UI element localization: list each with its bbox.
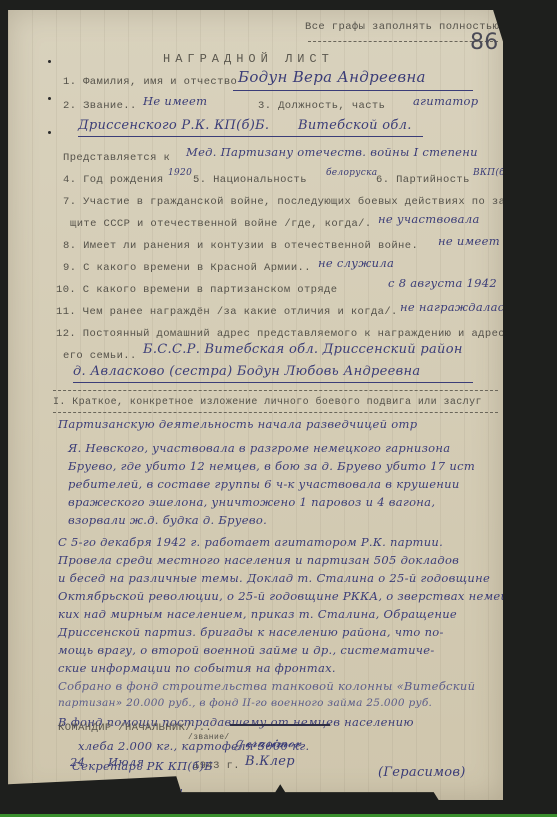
- field-2-value: Не имеет: [143, 94, 207, 108]
- narrative-line: ребителей, в составе группы 6 ч-к участв…: [68, 477, 460, 491]
- award-sheet-paper: Все графы заполнять полностью. 86 НАГРАД…: [8, 10, 503, 800]
- field-1-value: Бодун Вера Андреевна: [238, 68, 426, 86]
- field-7-label-line2: щите СССР и отечественной войне /где, ко…: [70, 218, 372, 230]
- field-5-value: белоруска: [326, 168, 377, 178]
- page-title: НАГРАДНОЙ ЛИСТ: [163, 52, 334, 66]
- field-7-label-line1: 7. Участие в гражданской войне, последую…: [63, 196, 512, 208]
- field-1-label: 1. Фамилия, имя и отчество: [63, 76, 237, 88]
- section-divider-top: [53, 390, 498, 391]
- field-3-underline: [78, 136, 423, 137]
- narrative-line: Дриссенской партиз. бригады к населению …: [58, 625, 444, 639]
- archive-mark: 86: [470, 30, 499, 55]
- field-12-underline: [73, 382, 473, 383]
- narrative-line: вражеского эшелона, уничтожено 1 паровоз…: [68, 495, 435, 509]
- field-7-value: не участвовала: [378, 212, 480, 226]
- rank-label: /звание/: [188, 733, 230, 742]
- narrative-line: ские информации по события на фронтах.: [58, 661, 336, 675]
- punch-hole: [48, 60, 51, 63]
- narrative-line: ких над мирным населением, приказ т. Ста…: [58, 607, 457, 621]
- signature-gerasimov: ℊ𝓮𝓻𝓪𝓼𝓲𝓶𝓸𝓿: [232, 732, 302, 751]
- pencil-check-mark: [38, 786, 40, 816]
- field-4-label: 4. Год рождения: [63, 174, 164, 186]
- signature-title-2: Секретарь РК КП(б)Б: [72, 759, 213, 773]
- field-6-label: 6. Партийность: [376, 174, 470, 186]
- field-9-label: 9. С какого времени в Красной Армии..: [63, 262, 311, 274]
- narrative-line: и бесед на различные темы. Доклад т. Ста…: [58, 571, 490, 585]
- narrative-line: Октябрьской революции, о 25-й годовщине …: [58, 589, 513, 603]
- field-8-label: 8. Имеет ли ранения и контузии в отечест…: [63, 240, 418, 252]
- signature-secretary: В.Клер: [245, 754, 295, 769]
- field-9-value: не служила: [318, 256, 394, 270]
- narrative-line: Партизанскую деятельность начала разведч…: [58, 417, 417, 431]
- field-11-label: 11. Чем ранее награждён /за какие отличи…: [56, 306, 398, 318]
- nominated-value: Мед. Партизану отечеств. войны I степени: [186, 145, 478, 159]
- narrative-line: Я. Невского, участвовала в разгроме неме…: [68, 441, 450, 455]
- field-10-label: 10. С какого времени в партизанском отря…: [56, 284, 337, 296]
- field-6-value: ВКП(б): [473, 168, 509, 178]
- field-4-value: 1920: [168, 168, 192, 178]
- field-3-value-cont2: Витебской обл.: [298, 118, 412, 133]
- narrative-line: мощь врагу, о второй военной займе и др.…: [58, 643, 435, 657]
- field-11-value: не награждалась: [400, 300, 511, 314]
- field-12-label-line1: 12. Постоянный домашний адрес представля…: [56, 328, 505, 340]
- narrative-line: С 5-го декабря 1942 г. работает агитатор…: [58, 535, 443, 549]
- field-1-underline: [233, 90, 473, 91]
- section-heading: I. Краткое, конкретное изложение личного…: [53, 397, 482, 408]
- field-3-value: агитатор: [413, 94, 478, 108]
- punch-hole: [48, 97, 51, 100]
- narrative-line: Провела среди местного населения и парти…: [58, 553, 459, 567]
- field-12-label-line2: его семьи..: [63, 350, 137, 362]
- field-2-label: 2. Звание..: [63, 100, 137, 112]
- narrative-line: Собрано в фонд строительства танковой ко…: [58, 679, 475, 693]
- narrative-line: партизан» 20.000 руб., в фонд II-го воен…: [58, 697, 432, 709]
- field-10-value: с 8 августа 1942: [388, 276, 497, 290]
- field-12-value-line2: д. Авласково (сестра) Бодун Любовь Андре…: [73, 364, 420, 379]
- field-3-label: 3. Должность, часть: [258, 100, 385, 112]
- section-divider-bottom: [53, 412, 498, 413]
- nominated-label: Представляется к: [63, 152, 170, 164]
- field-12-value-line1: Б.С.С.Р. Витебская обл. Дриссенский райо…: [143, 342, 463, 357]
- signature-name: (Герасимов): [378, 765, 466, 780]
- narrative-line: взорвали ж.д. будка д. Бруево.: [68, 513, 267, 527]
- signature-line: [230, 724, 330, 726]
- narrative-line: Бруево, где убито 12 немцев, в бою за д.…: [68, 459, 475, 473]
- punch-hole: [48, 131, 51, 134]
- field-3-value-cont: Дриссенского Р.К. КП(б)Б.: [78, 118, 269, 133]
- field-5-label: 5. Национальность: [193, 174, 307, 186]
- signature-title-1: Ком-р бригады и: [63, 785, 183, 800]
- field-8-value: не имеет: [438, 234, 500, 248]
